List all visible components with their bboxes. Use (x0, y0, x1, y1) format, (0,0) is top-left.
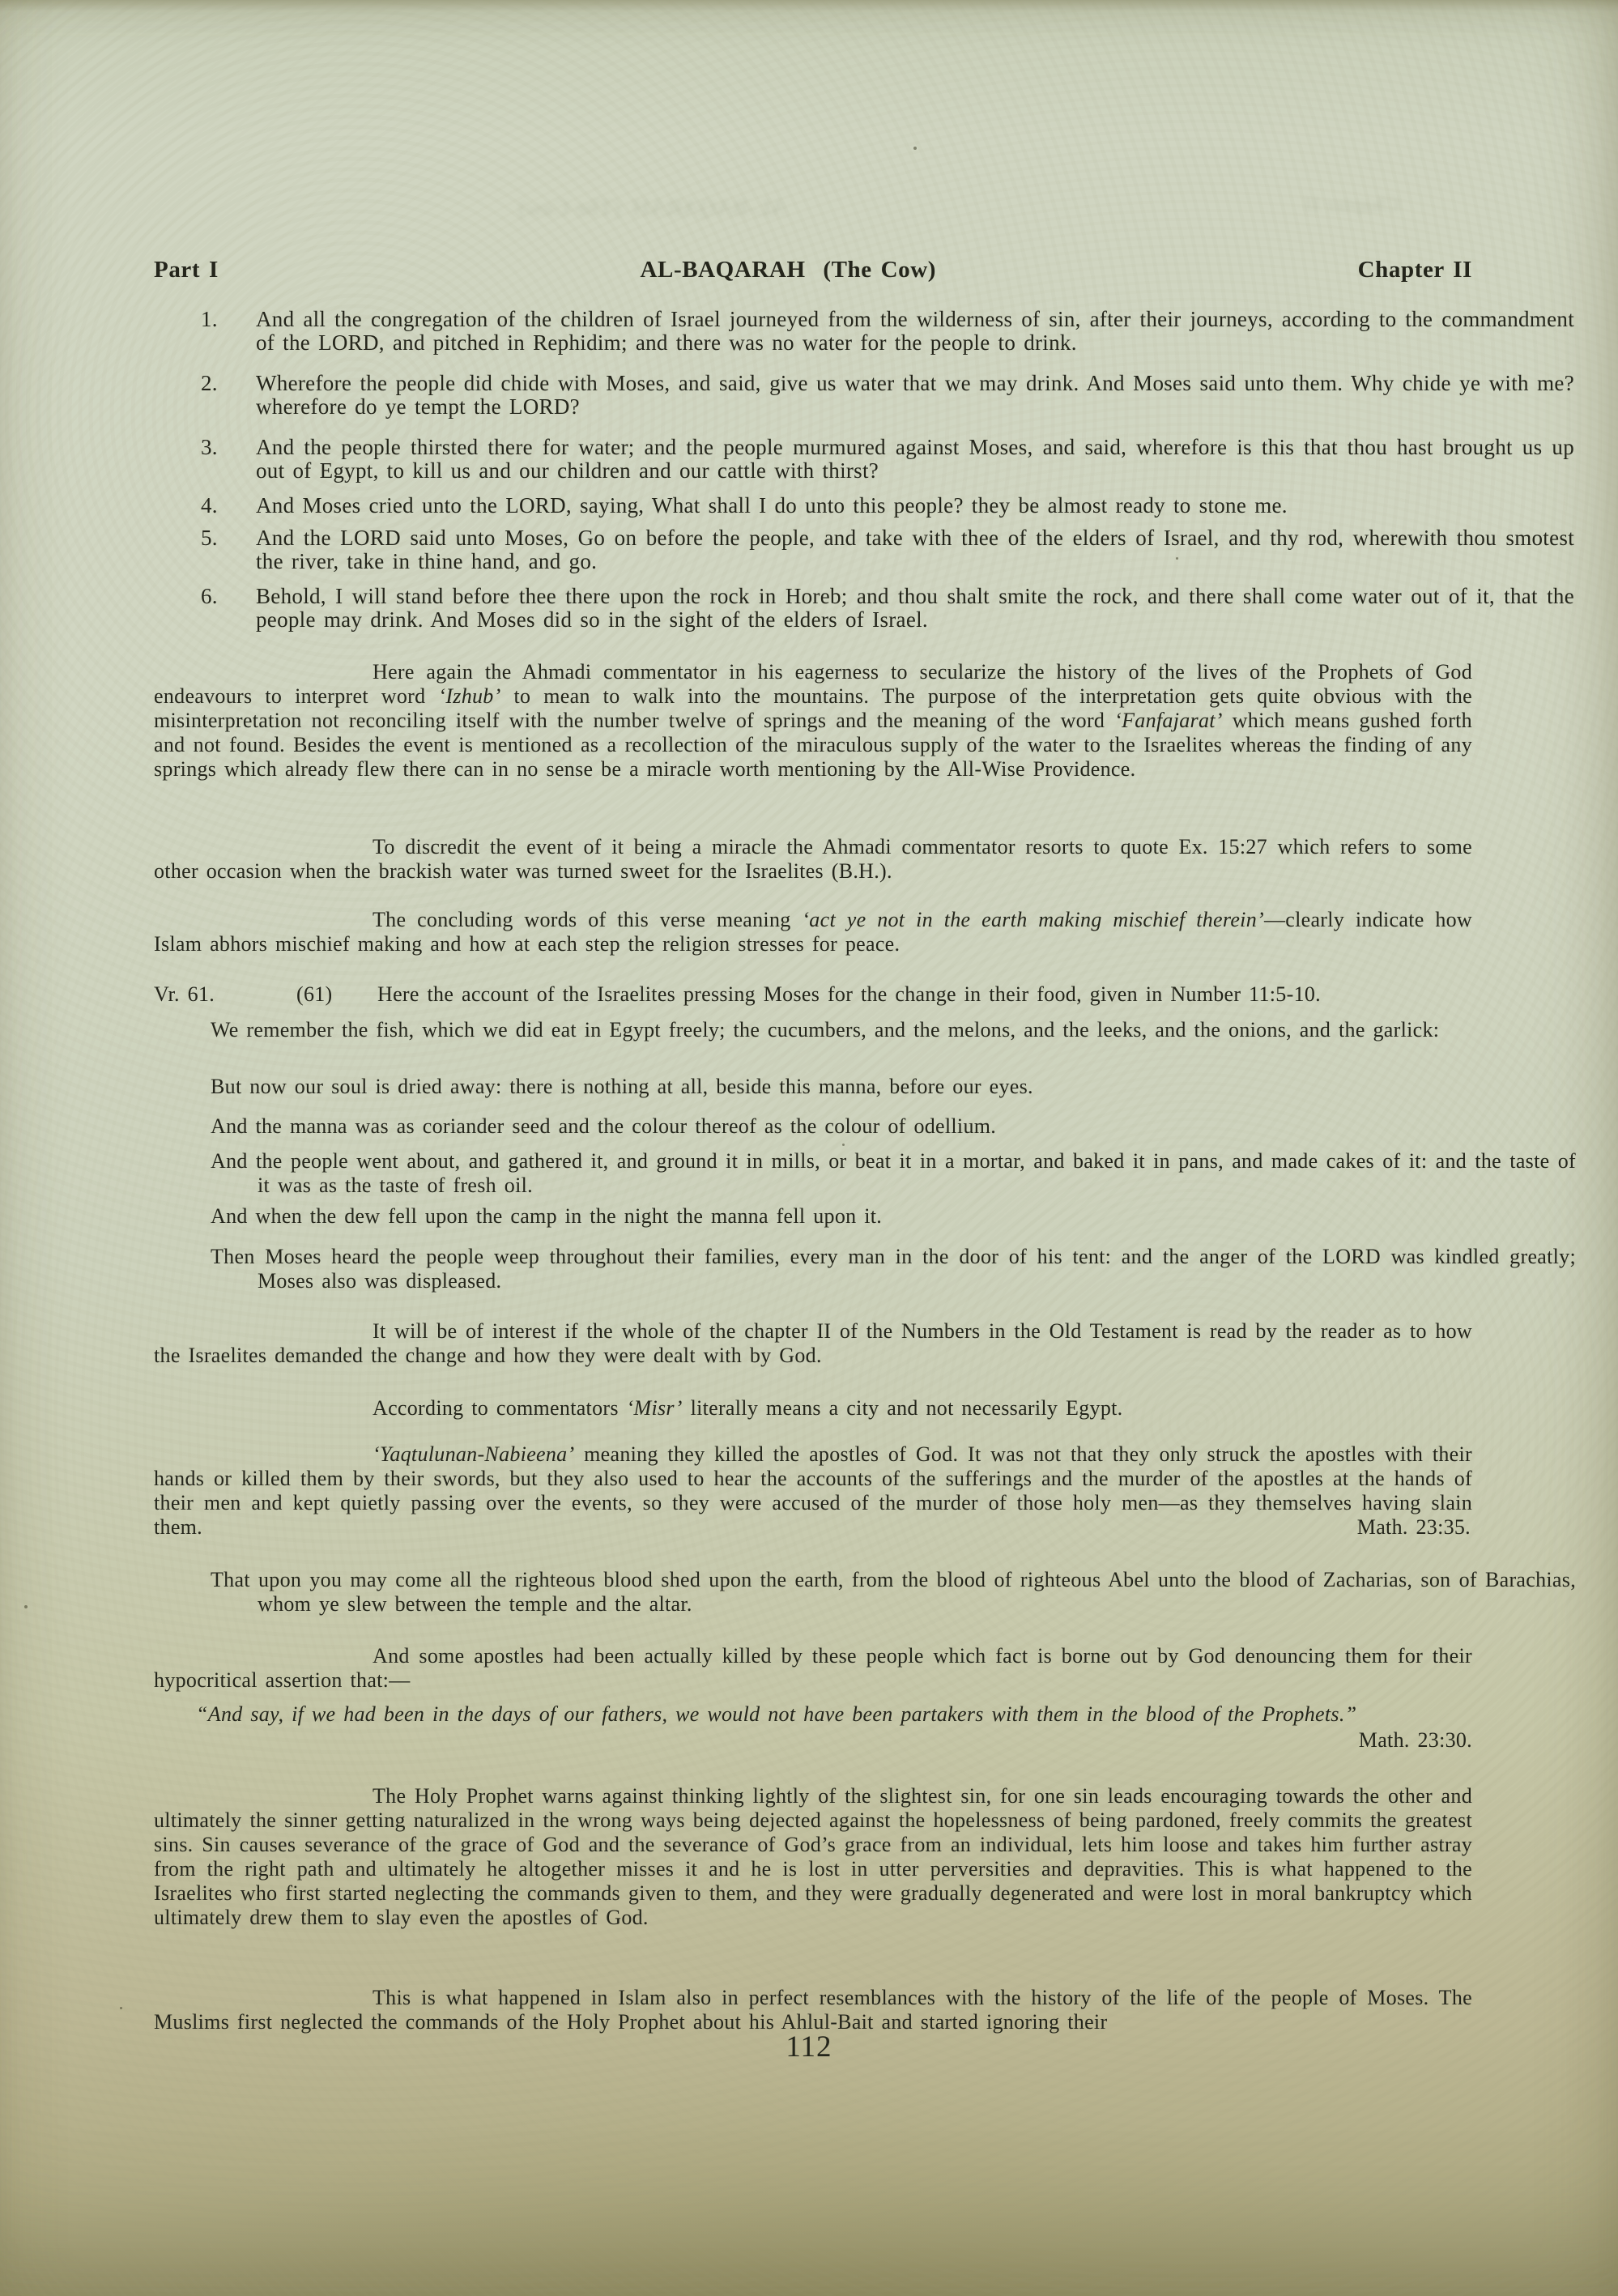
verse-item: 4. And Moses cried unto the LORD, saying… (154, 494, 1574, 518)
verse-text: And Moses cried unto the LORD, saying, W… (256, 493, 1288, 518)
verse-number: 3. (201, 436, 218, 459)
italic-term: ‘Misr’ (627, 1396, 683, 1420)
commentary-paragraph: According to commentators ‘Misr’ literal… (154, 1396, 1472, 1421)
verse-number: 4. (201, 494, 218, 518)
verse-text: And all the congregation of the children… (256, 307, 1574, 355)
italic-term: ‘Yaqtulunan-Nabieena’ (373, 1442, 574, 1466)
block-quote: “And say, if we had been in the days of … (154, 1702, 1514, 1727)
verse-text: Behold, I will stand before thee there u… (256, 584, 1574, 632)
bleed-through-ghost-title: AL-BAQARAH (The Cow) (518, 196, 787, 222)
verse-number: 5. (201, 526, 218, 550)
scripture-quote: Then Moses heard the people weep through… (154, 1245, 1576, 1293)
verse-number: 2. (201, 372, 218, 395)
verse-item: 3. And the people thirsted there for wat… (154, 436, 1574, 483)
verse-text: And the people thirsted there for water;… (256, 435, 1574, 483)
page-number: 112 (0, 2030, 1618, 2064)
commentary-paragraph: Here again the Ahmadi commentator in his… (154, 660, 1472, 782)
page-header: Part I AL-BAQARAH (The Cow) Chapter II (154, 258, 1472, 282)
italic-term: ‘Izhub’ (438, 684, 500, 708)
scripture-quote: And when the dew fell upon the camp in t… (154, 1204, 1576, 1229)
scripture-quote: We remember the fish, which we did eat i… (154, 1018, 1576, 1042)
scripture-ref: Math. 23:30. (154, 1728, 1474, 1753)
bleed-through-ghost-chapter: Chapter II (1304, 193, 1400, 217)
italic-quote-phrase: ‘act ye not in the earth making mischief… (802, 908, 1264, 931)
commentary-paragraph: The Holy Prophet warns against thinking … (154, 1784, 1472, 1930)
commentary-paragraph: To discredit the event of it being a mir… (154, 835, 1472, 884)
scripture-quote: But now our soul is dried away: there is… (154, 1075, 1576, 1099)
scripture-quote: That upon you may come all the righteous… (154, 1568, 1576, 1617)
commentary-paragraph: It will be of interest if the whole of t… (154, 1319, 1472, 1368)
paragraph-text: According to commentators (373, 1396, 627, 1420)
header-part-label: Part I (154, 258, 219, 282)
commentary-paragraph: ‘Yaqtulunan-Nabieena’ meaning they kille… (154, 1442, 1472, 1540)
verse-item: 1. And all the congregation of the child… (154, 308, 1574, 355)
paper-speck (913, 147, 917, 150)
paragraph-text: The concluding words of this verse meani… (373, 908, 802, 931)
verse-item: 5. And the LORD said unto Moses, Go on b… (154, 526, 1574, 573)
commentary-paragraph: This is what happened in Islam also in p… (154, 1986, 1472, 2034)
page-title: AL-BAQARAH (The Cow) (219, 258, 1358, 282)
verse-text: Wherefore the people did chide with Mose… (256, 371, 1574, 419)
verse-item: 2. Wherefore the people did chide with M… (154, 372, 1574, 419)
commentary-paragraph: And some apostles had been actually kill… (154, 1644, 1472, 1693)
italic-term: ‘Fanfajarat’ (1114, 709, 1223, 732)
scripture-ref: Math. 23:35. (1357, 1515, 1471, 1540)
paper-speck (842, 1144, 845, 1146)
paragraph-text: meaning they killed the apostles of God.… (154, 1442, 1472, 1539)
paper-speck (24, 1605, 28, 1608)
verse-text: And the LORD said unto Moses, Go on befo… (256, 526, 1574, 573)
verse-item: 6. Behold, I will stand before thee ther… (154, 585, 1574, 632)
paper-speck (120, 2007, 122, 2009)
verse-number: 6. (201, 585, 218, 608)
commentary-paragraph: The concluding words of this verse meani… (154, 908, 1472, 956)
verse-ref-number: (61) (296, 982, 333, 1007)
scripture-quote: And the manna was as coriander seed and … (154, 1114, 1576, 1139)
header-chapter-label: Chapter II (1358, 258, 1472, 282)
verse-ref-label: Vr. 61. (154, 982, 215, 1007)
verse-number: 1. (201, 308, 218, 331)
scripture-quote: And the people went about, and gathered … (154, 1149, 1576, 1198)
paragraph-text: literally means a city and not necessari… (683, 1396, 1123, 1420)
scanned-book-page: AL-BAQARAH (The Cow) Chapter II Part I A… (0, 0, 1618, 2296)
verse-ref-text: Here the account of the Israelites press… (377, 982, 1321, 1006)
verse-ref-line: Vr. 61. (61) Here the account of the Isr… (154, 982, 1618, 1007)
